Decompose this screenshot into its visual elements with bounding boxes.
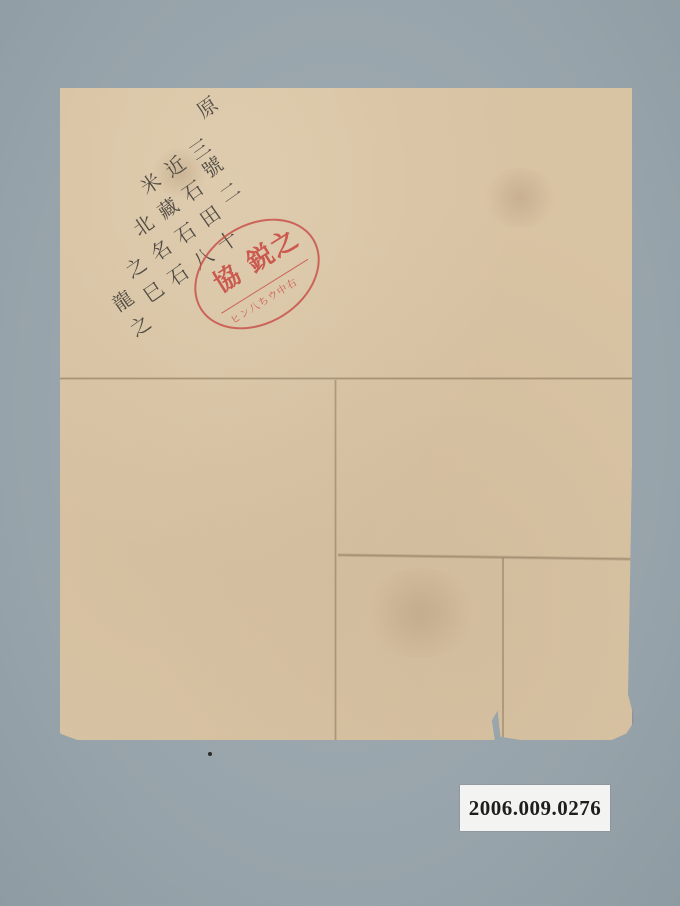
paper-stain <box>480 168 560 228</box>
paper-stain <box>360 568 480 658</box>
vertical-tear <box>502 558 504 740</box>
catalog-number-card: 2006.009.0276 <box>460 785 610 831</box>
horizontal-fold-crease-lower <box>338 553 632 561</box>
background-speck <box>208 752 212 756</box>
catalog-number: 2006.009.0276 <box>469 796 602 821</box>
vertical-fold-crease <box>334 380 337 740</box>
